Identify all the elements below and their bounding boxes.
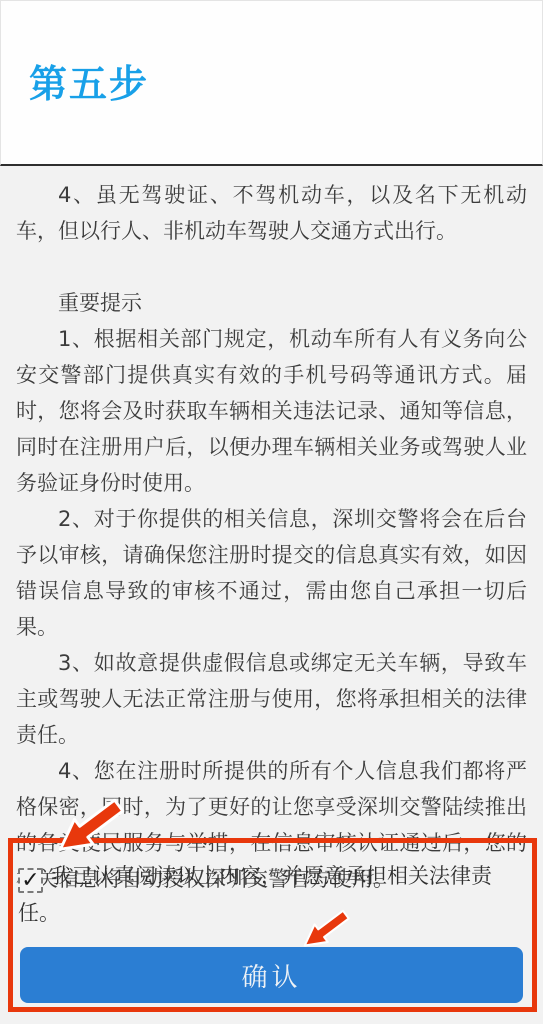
agreement-checkbox[interactable]: ✓ [18,868,43,893]
notice-item-2: 2、对于你提供的相关信息，深圳交警将会在后台予以审核，请确保您注册时提交的信息真… [16,501,527,645]
checkmark-icon: ✓ [21,868,39,893]
agreement-text-body: 4、虽无驾驶证、不驾机动车，以及名下无机动车，但以行人、非机动车驾驶人交通方式出… [0,168,543,897]
notice-heading: 重要提示 [16,285,527,321]
agreement-row: ✓我已认真阅读以上内容，并愿意承担相关法律责任。 [18,858,523,932]
intro-item: 4、虽无驾驶证、不驾机动车，以及名下无机动车，但以行人、非机动车驾驶人交通方式出… [16,177,527,249]
step-title: 第五步 [29,53,149,108]
confirm-button[interactable]: 确认 [20,947,523,1003]
agreement-label: 我已认真阅读以上内容，并愿意承担相关法律责任。 [18,864,492,925]
step-header: 第五步 [0,0,543,166]
notice-item-3: 3、如故意提供虚假信息或绑定无关车辆，导致车主或驾驶人无法正常注册与使用，您将承… [16,645,527,753]
notice-item-1: 1、根据相关部门规定，机动车所有人有义务向公安交警部门提供真实有效的手机号码等通… [16,321,527,501]
